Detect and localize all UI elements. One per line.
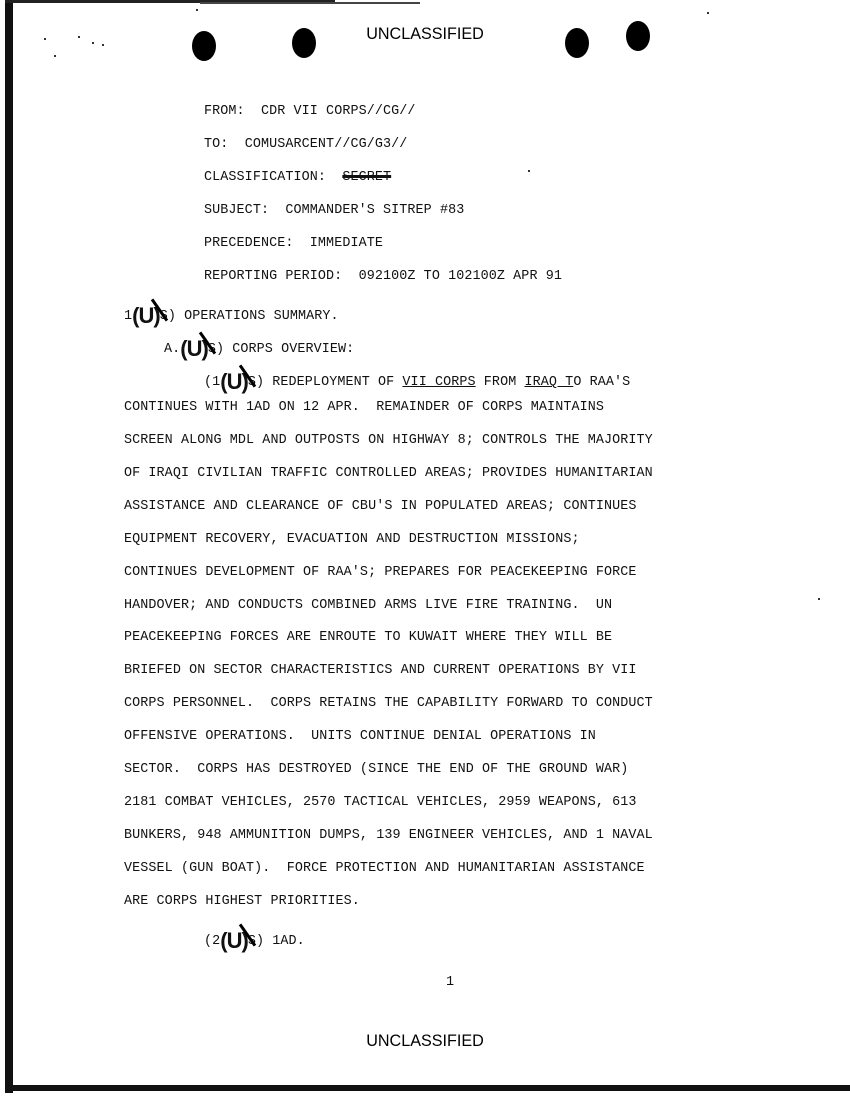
underlined-text: VII CORPS [402,375,475,390]
section-1-heading: 1(U)S) OPERATIONS SUMMARY. [124,303,339,329]
paragraph-number: (2 [204,934,220,949]
document-page: UNCLASSIFIED FROM: CDR VII CORPS//CG// T… [0,0,850,1097]
body-line: CORPS PERSONNEL. CORPS RETAINS THE CAPAB… [124,696,653,711]
classification-marking: (U) [220,928,248,954]
underlined-text: IRAQ T [524,375,573,390]
classification-label: CLASSIFICATION: [204,170,326,185]
from-value: CDR VII CORPS//CG// [261,104,416,119]
text-run: REDEPLOYMENT OF [272,375,402,390]
body-line: SECTOR. CORPS HAS DESTROYED (SINCE THE E… [124,762,628,777]
paragraph-1-heading: (1(U)S) REDEPLOYMENT OF VII CORPS FROM I… [204,369,630,395]
classification-line: CLASSIFICATION: SECRET [204,170,391,185]
classification-banner-top: UNCLASSIFIED [21,24,829,44]
body-line: VESSEL (GUN BOAT). FORCE PROTECTION AND … [124,861,645,876]
classification-value-struck: SECRET [342,170,391,185]
reporting-period-value: 092100Z TO 102100Z APR 91 [359,269,562,284]
body-line: SCREEN ALONG MDL AND OUTPOSTS ON HIGHWAY… [124,433,653,448]
precedence-label: PRECEDENCE: [204,236,294,251]
scan-speck [54,55,56,57]
scan-edge-left [5,3,13,1093]
body-line: ASSISTANCE AND CLEARANCE OF CBU'S IN POP… [124,499,637,514]
text-run: FROM [476,375,525,390]
reporting-period-line: REPORTING PERIOD: 092100Z TO 102100Z APR… [204,269,562,284]
body-line: BUNKERS, 948 AMMUNITION DUMPS, 139 ENGIN… [124,828,653,843]
body-line: HANDOVER; AND CONDUCTS COMBINED ARMS LIV… [124,598,612,613]
scan-speck [528,170,530,172]
scan-edge-bottom [5,1085,850,1091]
scan-edge-top-2 [200,2,420,4]
page-number: 1 [0,975,850,990]
from-label: FROM: [204,104,245,119]
classification-marking: (U) [220,369,248,395]
section-number: 1 [124,309,132,324]
body-line: ARE CORPS HIGHEST PRIORITIES. [124,894,360,909]
section-a-heading: A.(U)S) CORPS OVERVIEW: [164,336,354,362]
to-value: COMUSARCENT//CG/G3// [245,137,408,152]
body-line: EQUIPMENT RECOVERY, EVACUATION AND DESTR… [124,532,580,547]
from-line: FROM: CDR VII CORPS//CG// [204,104,416,119]
body-line: CONTINUES WITH 1AD ON 12 APR. REMAINDER … [124,400,604,415]
body-line: OF IRAQI CIVILIAN TRAFFIC CONTROLLED ARE… [124,466,653,481]
scan-speck [818,598,820,600]
text-run: O RAA'S [573,375,630,390]
subject-label: SUBJECT: [204,203,269,218]
scan-speck [196,9,198,11]
section-number: A. [164,342,180,357]
subject-line: SUBJECT: COMMANDER'S SITREP #83 [204,203,464,218]
subject-value: COMMANDER'S SITREP #83 [285,203,464,218]
scan-speck [707,12,709,14]
body-line: OFFENSIVE OPERATIONS. UNITS CONTINUE DEN… [124,729,596,744]
section-title: CORPS OVERVIEW: [232,342,354,357]
body-line: CONTINUES DEVELOPMENT OF RAA'S; PREPARES… [124,565,637,580]
body-line: 2181 COMBAT VEHICLES, 2570 TACTICAL VEHI… [124,795,637,810]
classification-marking: (U) [132,303,160,329]
classification-marking: (U) [180,336,208,362]
section-title: OPERATIONS SUMMARY. [184,309,339,324]
to-line: TO: COMUSARCENT//CG/G3// [204,137,407,152]
precedence-value: IMMEDIATE [310,236,383,251]
classification-banner-bottom: UNCLASSIFIED [21,1031,829,1051]
body-line: BRIEFED ON SECTOR CHARACTERISTICS AND CU… [124,663,637,678]
body-line: PEACEKEEPING FORCES ARE ENROUTE TO KUWAI… [124,630,612,645]
paragraph-2-heading: (2(U)S) 1AD. [204,928,305,954]
precedence-line: PRECEDENCE: IMMEDIATE [204,236,383,251]
paragraph-title: 1AD. [272,934,305,949]
paragraph-number: (1 [204,375,220,390]
reporting-period-label: REPORTING PERIOD: [204,269,342,284]
to-label: TO: [204,137,228,152]
scan-speck [102,44,104,46]
